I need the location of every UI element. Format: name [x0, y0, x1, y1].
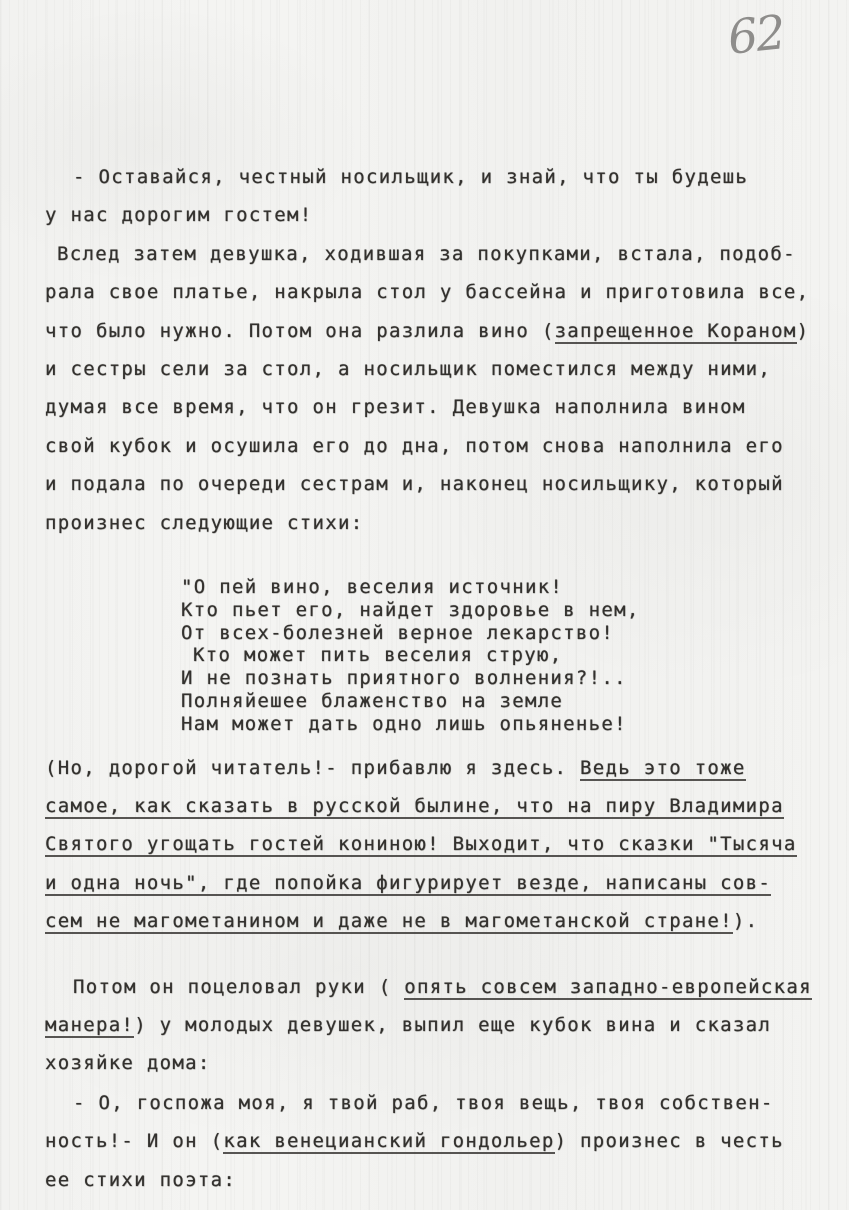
- text-segment: Нам может дать одно лишь опьяненье!: [181, 713, 627, 735]
- text-segment: и сестры сели за стол, а носильщик помес…: [45, 358, 771, 380]
- text-segment: рала свое платье, накрыла стол у бассейн…: [45, 281, 809, 303]
- underlined-text: запрещенное Кораном: [555, 320, 797, 344]
- text-line: Нам может дать одно лишь опьяненье!: [181, 713, 820, 736]
- text-segment: "О пей вино, веселия источник!: [181, 576, 563, 598]
- underlined-text: как венецианский гондольер: [223, 1130, 554, 1154]
- text-line: Святого угощать гостей кониною! Выходит,…: [45, 825, 820, 863]
- text-line: ность!- И он (как венецианский гондольер…: [45, 1122, 820, 1160]
- underlined-text: Ведь это тоже: [580, 757, 746, 781]
- text-line: И не познать приятного волнения?!..: [181, 667, 820, 690]
- text-block: "О пей вино, веселия источник!Кто пьет е…: [181, 576, 820, 736]
- underlined-text: сем не магометанином и даже не в магомет…: [45, 910, 733, 934]
- text-segment: что было нужно. Потом она разлила вино (: [45, 320, 555, 342]
- text-line: свой кубок и осушила его до дна, потом с…: [45, 427, 820, 465]
- text-segment: Вслед затем девушка, ходившая за покупка…: [57, 243, 796, 265]
- text-line: Кто пьет его, найдет здоровье в нем,: [181, 599, 820, 622]
- text-segment: И не познать приятного волнения?!..: [181, 667, 627, 689]
- text-segment: ) произнес в честь: [555, 1130, 784, 1152]
- text-segment: ее стихи поэта:: [45, 1169, 236, 1191]
- text-line: Вслед затем девушка, ходившая за покупка…: [45, 235, 820, 273]
- text-line: у нас дорогим гостем!: [45, 196, 820, 234]
- underlined-text: и одна ночь", где попойка фигурирует вез…: [45, 872, 771, 896]
- text-segment: и подала по очереди сестрам и, наконец н…: [45, 473, 784, 495]
- text-line: - Оставайся, честный носильщик, и знай, …: [45, 158, 820, 196]
- text-line: - О, госпожа моя, я твой раб, твоя вещь,…: [45, 1084, 820, 1122]
- text-line: ее стихи поэта:: [45, 1161, 820, 1199]
- text-line: манера!) у молодых девушек, выпил еще ку…: [45, 1006, 820, 1044]
- text-line: Кто может пить веселия струю,: [181, 644, 820, 667]
- underlined-text: самое, как сказать в русской былине, что…: [45, 795, 784, 819]
- text-segment: произнес следующие стихи:: [45, 512, 363, 534]
- text-block: - О, госпожа моя, я твой раб, твоя вещь,…: [45, 1084, 820, 1199]
- text-line: и сестры сели за стол, а носильщик помес…: [45, 350, 820, 388]
- text-line: произнес следующие стихи:: [45, 504, 820, 542]
- text-line: и одна ночь", где попойка фигурирует вез…: [45, 864, 820, 902]
- text-line: От всех-болезней верное лекарство!: [181, 622, 820, 645]
- text-segment: Кто пьет его, найдет здоровье в нем,: [181, 599, 640, 621]
- text-segment: ).: [733, 910, 758, 932]
- text-segment: ) у молодых девушек, выпил еще кубок вин…: [134, 1014, 771, 1036]
- text-line: что было нужно. Потом она разлила вино (…: [45, 312, 820, 350]
- text-line: и подала по очереди сестрам и, наконец н…: [45, 465, 820, 503]
- text-segment: ность!- И он (: [45, 1130, 223, 1152]
- text-line: Потом он поцеловал руки ( опять совсем з…: [45, 968, 820, 1006]
- underlined-text: манера!: [45, 1014, 134, 1038]
- underlined-text: Святого угощать гостей кониною! Выходит,…: [45, 833, 797, 857]
- text-segment: у нас дорогим гостем!: [45, 204, 313, 226]
- text-block: - Оставайся, честный носильщик, и знай, …: [45, 0, 820, 542]
- text-line: (Но, дорогой читатель!- прибавлю я здесь…: [45, 749, 820, 787]
- typescript-text: - Оставайся, честный носильщик, и знай, …: [45, 0, 820, 1199]
- underlined-text: опять совсем западно-европейская: [404, 976, 812, 1000]
- text-line: сем не магометанином и даже не в магомет…: [45, 902, 820, 940]
- text-line: самое, как сказать в русской былине, что…: [45, 787, 820, 825]
- text-segment: ): [797, 320, 810, 342]
- text-line: рала свое платье, накрыла стол у бассейн…: [45, 273, 820, 311]
- text-segment: Потом он поцеловал руки (: [73, 976, 404, 998]
- text-segment: От всех-болезней верное лекарство!: [181, 622, 614, 644]
- text-segment: Кто может пить веселия струю,: [193, 644, 562, 666]
- text-line: Полняйешее блаженство на земле: [181, 690, 820, 713]
- text-block: (Но, дорогой читатель!- прибавлю я здесь…: [45, 749, 820, 941]
- text-block: Потом он поцеловал руки ( опять совсем з…: [45, 968, 820, 1083]
- text-line: хозяйке дома:: [45, 1044, 820, 1082]
- text-segment: - Оставайся, честный носильщик, и знай, …: [73, 166, 748, 188]
- text-line: "О пей вино, веселия источник!: [181, 576, 820, 599]
- text-segment: (Но, дорогой читатель!- прибавлю я здесь…: [45, 757, 580, 779]
- text-segment: - О, госпожа моя, я твой раб, твоя вещь,…: [73, 1092, 774, 1114]
- text-line: думая все время, что он грезит. Девушка …: [45, 388, 820, 426]
- text-segment: думая все время, что он грезит. Девушка …: [45, 396, 746, 418]
- text-segment: Полняйешее блаженство на земле: [181, 690, 563, 712]
- scan-page: 62 - Оставайся, честный носильщик, и зна…: [0, 0, 849, 1210]
- text-segment: свой кубок и осушила его до дна, потом с…: [45, 435, 784, 457]
- text-segment: хозяйке дома:: [45, 1052, 211, 1074]
